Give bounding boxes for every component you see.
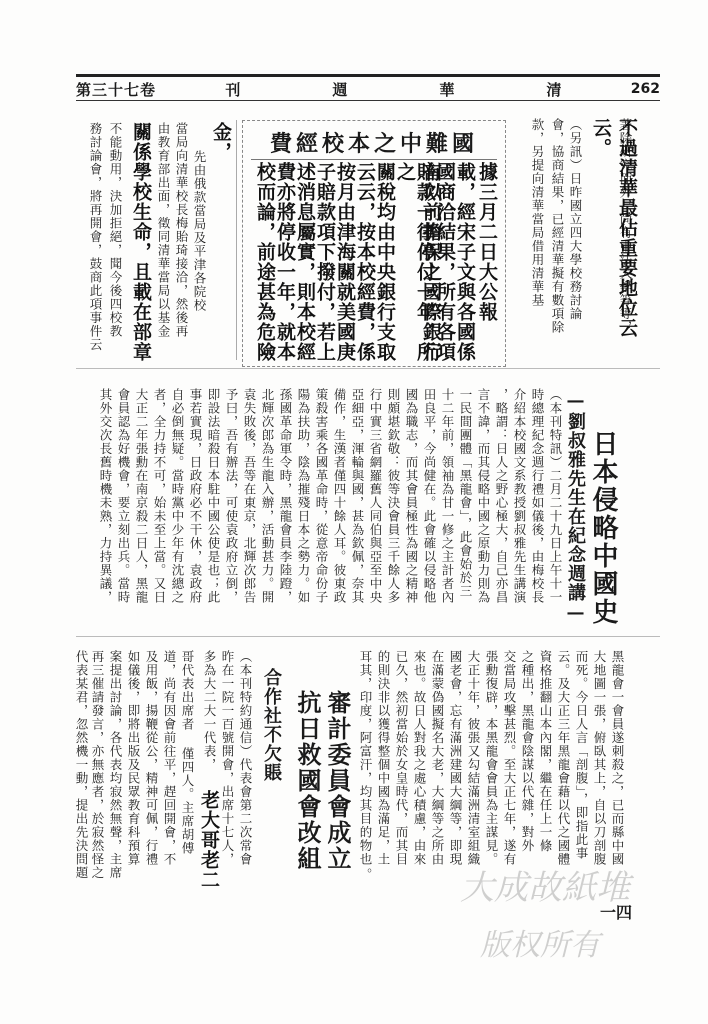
column-divider: [236, 120, 237, 360]
text-column: （本刊特約通信）代表會第二次常會: [236, 650, 254, 880]
watermark-publisher: 大成故紙堆: [460, 860, 630, 909]
text-column: 由教育部出面，徵同清華當局以基金: [154, 122, 172, 362]
text-column: 事若實現，日政府必不干休，袁政府: [186, 388, 204, 628]
text-column: 案提出討論，各代表均寂然無聲，主席: [106, 650, 124, 880]
headline-audit-committee: 審計委員會成立: [322, 690, 352, 890]
text-column: 行中實三省網羅舊人同伯與亞至中央: [366, 388, 384, 628]
headline-underline: [251, 159, 497, 160]
text-column: 大正十年，彼張又勾結滿洲清室組織: [464, 650, 482, 870]
text-column: ，略謂：日人之野心極大，自己亦昌: [492, 388, 510, 628]
text-column: 會員認為好機會，要立刻出兵。當時: [114, 388, 132, 628]
text-column: 會，協商結果，已經清華擬有數項除: [548, 118, 566, 358]
publication-title: 清 華 週 刊: [225, 79, 561, 100]
text-column: 在滿蒙偽國擬名大老，大綱等之所由: [428, 650, 446, 870]
page-number: 262: [631, 81, 660, 97]
text-column: 之種出，黑龍會陰謀以代雜，對外: [518, 650, 536, 870]
text-column: 云。及大正三年黑龍會藉以代之國體: [554, 650, 572, 870]
text-column: 國老會，忘有滿洲建國大綱等，即現: [446, 650, 464, 870]
text-column: 十二年前，領袖為甘一修之主計者內: [438, 388, 456, 628]
text-column: 耳其，印度，阿富汗，均其目的物也: [356, 650, 374, 870]
text-column: 。: [356, 868, 374, 888]
text-column: 者，全力持不可，始未至上當。又日: [150, 388, 168, 628]
header-rule-bottom: [76, 100, 660, 101]
text-column: 自必倒無疑。當時黨中少年有沈總之: [168, 388, 186, 628]
newspaper-page: 第三十七卷 清 華 週 刊 262 著除研究而外，尚有中法大學等等， 不過清華最…: [0, 0, 708, 1024]
text-column: 北輝次郎為生龍入辦，活動甚力。開: [258, 388, 276, 628]
text-column: 哥代表出席者 僅四人。主席胡傅: [178, 650, 196, 880]
text-column: 孫國革命軍令時，黑龍會員李陸蹬，: [276, 388, 294, 628]
article-title-japan-history: 日本侵略中國史: [590, 430, 616, 630]
text-column: 道，尚有因會前往平，趕回開會，不: [160, 650, 178, 880]
text-column: 再三催請發言，亦無應者，於寂然怪之: [88, 650, 106, 880]
text-column: 當局向清華校長梅貽琦接洽，然後再: [172, 122, 190, 362]
text-column: 袁失敗後，吾等在東京，北輝次郎告: [240, 388, 258, 628]
text-column: 金，: [208, 122, 234, 362]
text-column: 而死。今日人言「剖腹」，即指此事: [572, 650, 590, 870]
text-column: 代表某君，忽然機一動，提出先決問題: [72, 650, 90, 880]
text-column: 關係學校生命，且載在部章: [128, 122, 154, 362]
text-column: 先由俄款當局及平津各院校: [190, 150, 208, 360]
volume-label: 第三十七卷: [76, 79, 156, 100]
headline-reorganization: 抗日救國會改組: [292, 690, 322, 890]
watermark-copyright: 版权所有: [480, 920, 600, 964]
text-column: 有以前擔保之國際銀行之: [392, 162, 444, 362]
text-column: 務討論會，將再開會，鼓商此項事件云: [86, 122, 104, 362]
article-subtitle: —劉叔雅先生在紀念週講—: [566, 390, 584, 630]
title-char: 刊: [225, 79, 240, 100]
section-divider: [76, 368, 660, 369]
text-column: 大正二年張勳在南京殺二日人，黑龍: [132, 388, 150, 628]
text-column: 款，另提向清華當局借用清華基: [528, 118, 546, 358]
text-column: 校而論，前途甚為危險: [252, 162, 278, 362]
text-column: 交當局攻擊甚烈。至大正七年，遂有: [500, 650, 518, 870]
text-column: 予曰，吾有辦法，可使袁政府立倒，: [222, 388, 240, 628]
text-column: 其外交次長舊時機未熟，力持異議，: [96, 388, 114, 628]
text-column: 不能動用，決加拒絕，聞今後四校教: [106, 122, 124, 362]
text-column: 即設法暗殺日本駐中國公使是也；此: [204, 388, 222, 628]
text-column: 則頗堪欽敬：彼等決會員三千餘人多: [384, 388, 402, 628]
header-rule-top: [76, 74, 660, 77]
text-column: 來也。故日人對我之處心積慮，由來: [410, 650, 428, 870]
text-column: 策殺害乘各國革命時，從意帝命份子: [312, 388, 330, 628]
section-divider: [76, 636, 660, 637]
text-column: （另訊）日昨國立四大學校務討論: [566, 118, 584, 358]
text-column: 時總理紀念週行禮如儀後，由梅校長: [528, 388, 546, 628]
text-column: 老大哥老二: [196, 790, 222, 890]
text-column: 陽為扶助，陰為摧殘日本之勢力。如: [294, 388, 312, 628]
text-column: 如儀後，即將出版及民眾教育科預算: [124, 650, 142, 880]
text-column: 田良平，今尚健在。此會確以侵略他: [420, 388, 438, 628]
headline-funding: 國難中之本校經費: [243, 127, 505, 158]
text-column: 亞細亞，渾輪與國，甚為欽佩，奈其: [348, 388, 366, 628]
title-char: 週: [332, 79, 347, 100]
text-column: 不過清華最佔重要地位云云。: [588, 118, 640, 358]
text-column: 的則決非以獲得整個中國為滿足，土: [374, 650, 392, 870]
text-column: 已久，然初當始於女皇時代，而其目: [392, 650, 410, 870]
text-column: 資格推翻山本內閣，繼在任上一條: [536, 650, 554, 870]
text-column: 及用飯，揚鞭從公，精神可佩，行禮: [142, 650, 160, 880]
subheadline-coop: 合作社不欠賬: [262, 668, 280, 828]
running-head: 第三十七卷 清 華 週 刊 262: [76, 78, 660, 100]
text-column: 言不諱，而其侵略中國之原動力則為: [474, 388, 492, 628]
text-column: 國為職志，而其會員極性為國之精神: [402, 388, 420, 628]
article-byline: （本刊特訊）二月二十九日上午十一: [546, 388, 564, 628]
text-column: 介紹本校國文系教授劉叔雅先生講演: [510, 388, 528, 628]
title-char: 清: [546, 79, 561, 100]
text-column: 黑龍會一會員遂刺殺之，已而縣中國: [608, 650, 626, 870]
text-column: 一民間團體「黑龍會」，此會始於三: [456, 388, 474, 628]
text-column: 備作，生漢者僅四十餘人耳。彼東政: [330, 388, 348, 628]
title-char: 華: [439, 79, 454, 100]
text-column: 大地圖一張，俯臥其上，自以刀剖腹: [590, 650, 608, 870]
text-column: 張勳復辟，本黑龍會會員為主謀見。: [482, 650, 500, 870]
